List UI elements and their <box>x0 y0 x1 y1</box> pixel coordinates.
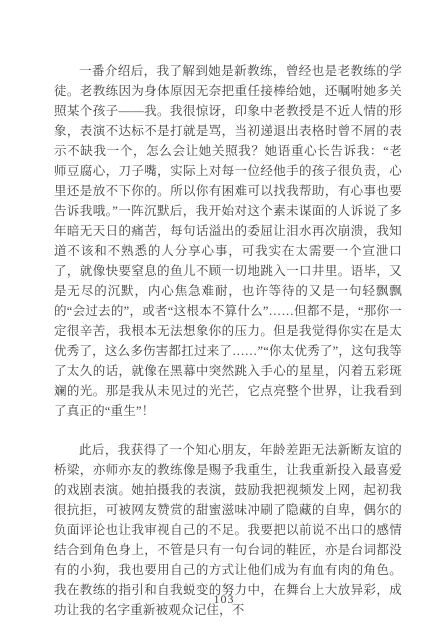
paragraph-1: 一番介绍后，我了解到她是新教练，曾经也是老教练的学徒。老教练因为身体原因无奈把重… <box>54 61 402 421</box>
page-number: 103 <box>0 592 448 607</box>
document-page: 一番介绍后，我了解到她是新教练，曾经也是老教练的学徒。老教练因为身体原因无奈把重… <box>0 0 448 640</box>
body-text: 一番介绍后，我了解到她是新教练，曾经也是老教练的学徒。老教练因为身体原因无奈把重… <box>54 61 402 620</box>
